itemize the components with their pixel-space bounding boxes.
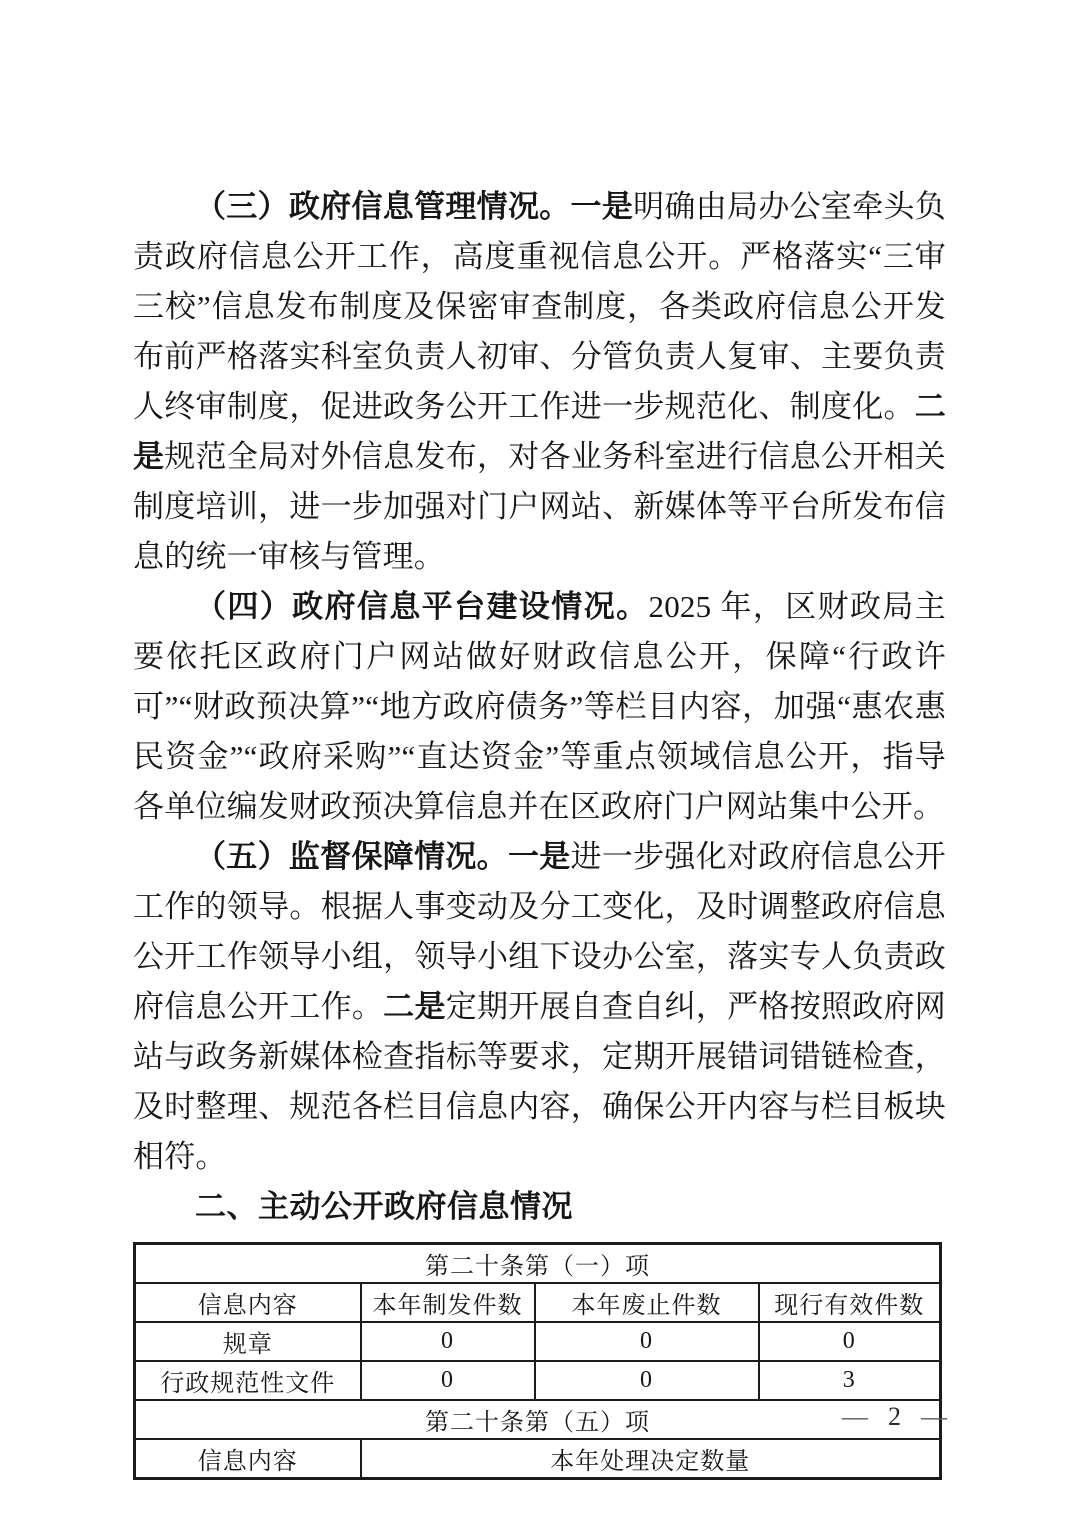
- heading-part-2: 二、主动公开政府信息情况: [133, 1182, 946, 1232]
- header-cell-info-content: 信息内容: [135, 1283, 361, 1322]
- normative-valid-value: 3: [759, 1361, 941, 1400]
- section-4-lead: （四）政府信息平台建设情况。: [195, 589, 649, 624]
- footer-dash-right: —: [921, 1402, 947, 1432]
- section-3-marker-1: 一是: [571, 189, 634, 224]
- table-row-regulations: 规章 0 0 0: [135, 1322, 941, 1361]
- paragraph-section-4: （四）政府信息平台建设情况。2025 年，区财政局主要依托区政府门户网站做好财政…: [133, 582, 946, 832]
- section-3-text-1: 明确由局办公室牵头负责政府信息公开工作，高度重视信息公开。严格落实“三审三校”信…: [133, 189, 946, 424]
- table-row-section2-headers: 信息内容 本年处理决定数量: [135, 1439, 941, 1479]
- regulations-valid-value: 0: [759, 1322, 941, 1361]
- normative-abolished-value: 0: [535, 1361, 759, 1400]
- table-row-section1-title: 第二十条第（一）项: [135, 1244, 941, 1284]
- section-3-lead: （三）政府信息管理情况。: [195, 189, 571, 224]
- row-label-regulations: 规章: [135, 1322, 361, 1361]
- header-cell-valid: 现行有效件数: [759, 1283, 941, 1322]
- regulations-abolished-value: 0: [535, 1322, 759, 1361]
- section-3-text-2: 规范全局对外信息发布，对各业务科室进行信息公开相关制度培训，进一步加强对门户网站…: [133, 439, 946, 574]
- document-body: （三）政府信息管理情况。一是明确由局办公室牵头负责政府信息公开工作，高度重视信息…: [133, 182, 946, 1480]
- header-cell-issued: 本年制发件数: [361, 1283, 535, 1322]
- section-5-marker-1: 一是: [508, 839, 571, 874]
- paragraph-section-3: （三）政府信息管理情况。一是明确由局办公室牵头负责政府信息公开工作，高度重视信息…: [133, 182, 946, 582]
- disclosure-table: 第二十条第（一）项 信息内容 本年制发件数 本年废止件数 现行有效件数 规章 0…: [133, 1242, 942, 1480]
- page-footer: — 2 —: [842, 1400, 947, 1434]
- section-5-lead: （五）监督保障情况。: [195, 839, 508, 874]
- section-5-marker-2: 二是: [383, 989, 446, 1024]
- header-cell-abolished: 本年废止件数: [535, 1283, 759, 1322]
- row-label-normative-documents: 行政规范性文件: [135, 1361, 361, 1400]
- paragraph-section-5: （五）监督保障情况。一是进一步强化对政府信息公开工作的领导。根据人事变动及分工变…: [133, 832, 946, 1182]
- section2-header-info-content: 信息内容: [135, 1439, 361, 1479]
- table-row-headers: 信息内容 本年制发件数 本年废止件数 现行有效件数: [135, 1283, 941, 1322]
- table-row-normative-documents: 行政规范性文件 0 0 3: [135, 1361, 941, 1400]
- footer-dash-left: —: [842, 1402, 868, 1432]
- normative-issued-value: 0: [361, 1361, 535, 1400]
- section1-title-cell: 第二十条第（一）项: [135, 1244, 941, 1284]
- table-row-section2-title: 第二十条第（五）项: [135, 1400, 941, 1439]
- section-4-text-1: 2025 年，区财政局主要依托区政府门户网站做好财政信息公开，保障“行政许可”“…: [133, 589, 946, 824]
- regulations-issued-value: 0: [361, 1322, 535, 1361]
- page-number: 2: [888, 1402, 901, 1432]
- section2-title-cell: 第二十条第（五）项: [135, 1400, 941, 1439]
- section2-header-decisions: 本年处理决定数量: [361, 1439, 941, 1479]
